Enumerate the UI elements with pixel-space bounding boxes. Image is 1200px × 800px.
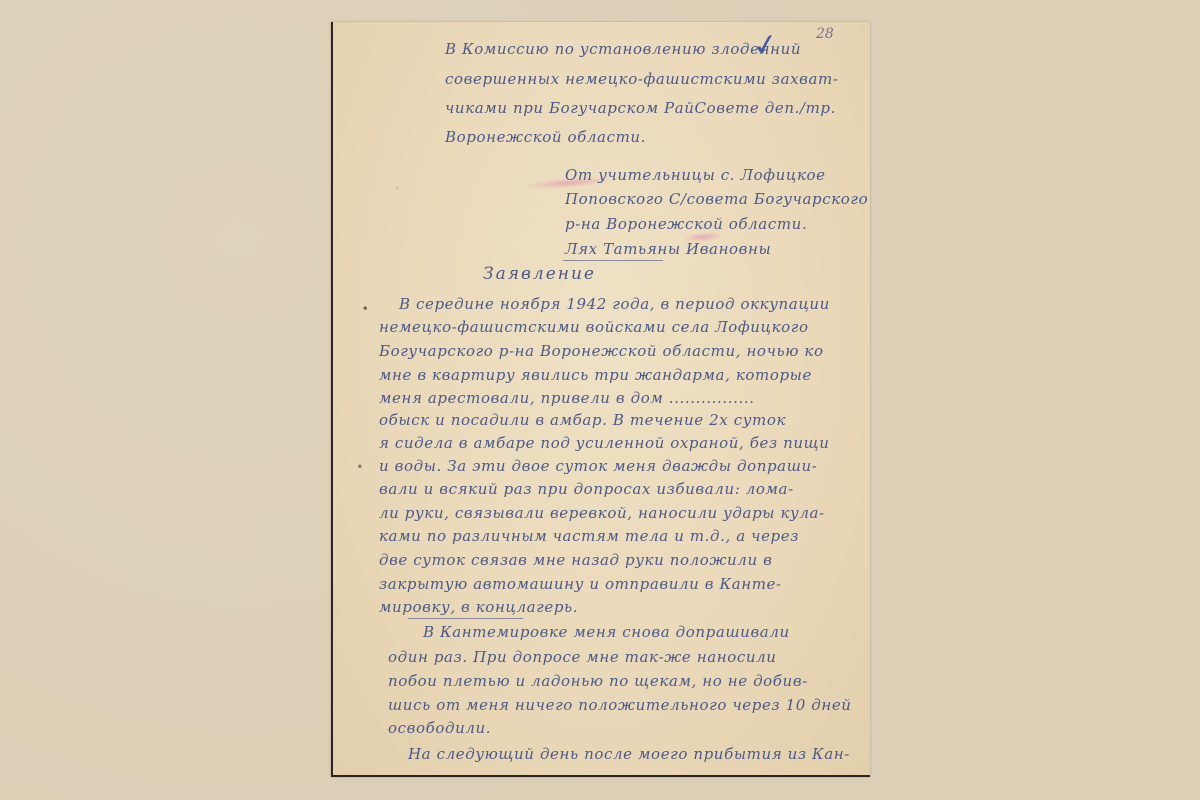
body-line: мировку, в концлагерь. [379, 600, 578, 615]
sender-line: От учительницы с. Лофицкое [565, 168, 826, 183]
body-line: обыск и посадили в амбар. В течение 2х с… [379, 413, 786, 428]
body-line: В Кантемировке меня снова допрашивали [423, 625, 790, 640]
body-line: закрытую автомашину и отправили в Канте- [379, 577, 782, 592]
body-line: один раз. При допросе мне так-же наносил… [388, 650, 777, 665]
document-page: ✓ 28 В Комиссию по установлению злодеяни… [331, 22, 870, 777]
body-line: вали и всякий раз при допросах избивали:… [379, 482, 794, 497]
body-line: Богучарского р-на Воронежской области, н… [379, 344, 824, 359]
sender-line: р-на Воронежской области. [565, 217, 807, 232]
text-underline [408, 618, 523, 619]
body-line: освободили. [388, 721, 491, 736]
address-line: чиками при Богучарском РайСовете деп./тр… [445, 101, 836, 116]
body-line: побои плетью и ладонью по щекам, но не д… [388, 674, 808, 689]
document-heading: Заявление [483, 266, 596, 283]
address-line: Воронежской области. [445, 130, 646, 145]
body-line: ками по различным частям тела и т.д., а … [379, 529, 799, 544]
sender-line: Лях Татьяны Ивановны [565, 242, 771, 257]
body-line: немецко-фашистскими войсками села Лофицк… [379, 320, 809, 335]
page-number: 28 [816, 26, 834, 42]
body-line: и воды. За эти двое суток меня дважды до… [379, 459, 817, 474]
address-line: В Комиссию по установлению злодеяний [445, 42, 801, 57]
signature-underline [563, 260, 663, 261]
sender-line: Поповского С/совета Богучарского [565, 192, 868, 207]
body-line: две суток связав мне назад руки положили… [379, 553, 772, 568]
body-line: шись от меня ничего положительного через… [388, 698, 852, 713]
address-line: совершенных немецко-фашистскими захват- [445, 72, 839, 87]
body-line: ли руки, связывали веревкой, наносили уд… [379, 506, 825, 521]
body-line: На следующий день после моего прибытия и… [408, 747, 850, 762]
body-line: я сидела в амбаре под усиленной охраной,… [379, 436, 830, 451]
body-line: мне в квартиру явились три жандарма, кот… [379, 368, 812, 383]
body-line: В середине ноября 1942 года, в период ок… [399, 297, 830, 312]
body-line: меня арестовали, привели в дом .........… [379, 391, 755, 406]
